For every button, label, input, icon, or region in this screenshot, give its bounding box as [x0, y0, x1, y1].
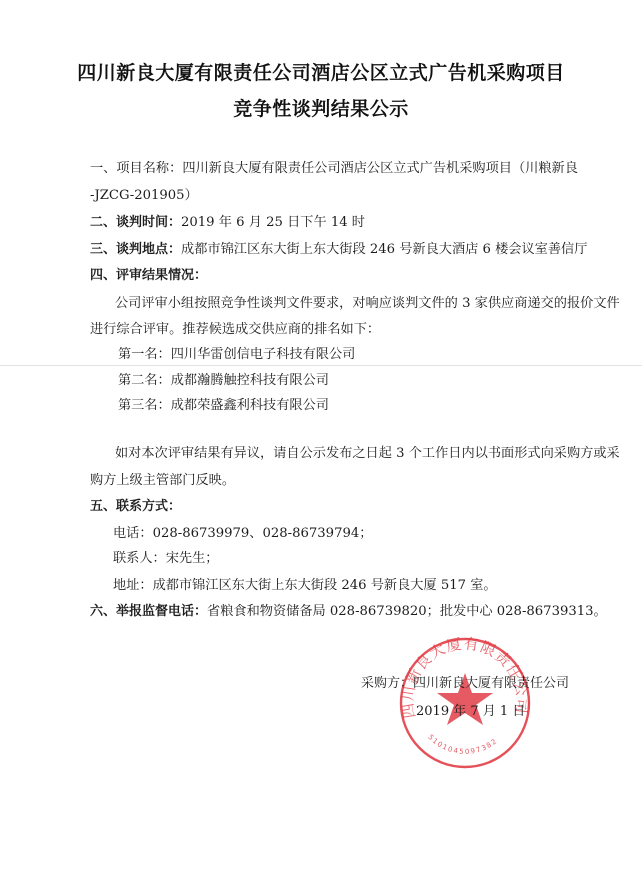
review-paragraph-line1: 公司评审小组按照竞争性谈判文件要求，对响应谈判文件的 3 家供应商递交的报价文件: [115, 292, 620, 311]
signature-date: 2019 年 7 月 1 日: [416, 700, 525, 719]
rank-label: 第一名：: [118, 347, 171, 362]
section-negotiation-place: 三、谈判地点：成都市锦江区东大街上东大街段 246 号新良大酒店 6 楼会议室善…: [90, 238, 587, 257]
contact-label: 五、联系方式：: [90, 495, 181, 514]
purchaser-signature: 采购方：四川新良大厦有限责任公司: [361, 672, 569, 691]
contact-address: 地址：成都市锦江区东大街上东大街段 246 号新良大厦 517 室。: [113, 574, 497, 593]
rank-label: 第二名：: [118, 373, 171, 388]
person-label: 联系人：: [113, 551, 166, 566]
supervision-value: 省粮食和物资储备局 028-86739820；批发中心 028-86739313…: [207, 604, 607, 619]
negotiation-place-value: 成都市锦江区东大街上东大街段 246 号新良大酒店 6 楼会议室善信厅: [181, 242, 587, 257]
rank-label: 第三名：: [118, 398, 171, 413]
supervision-label: 六、举报监督电话：: [90, 604, 207, 619]
address-value: 成都市锦江区东大街上东大街段 246 号新良大厦 517 室。: [153, 578, 497, 593]
contact-person: 联系人：宋先生；: [113, 547, 219, 566]
rank-company: 成都瀚腾触控科技有限公司: [171, 373, 329, 388]
phone-label: 电话：: [113, 526, 153, 541]
document-subtitle: 竞争性谈判结果公示: [0, 94, 642, 121]
ranking-item-2: 第二名：成都瀚腾触控科技有限公司: [118, 369, 329, 388]
purchaser-label: 采购方：: [361, 676, 413, 691]
rank-company: 成都荣盛鑫利科技有限公司: [171, 398, 329, 413]
svg-text:5101045097382: 5101045097382: [426, 733, 499, 756]
project-name-value-cont: -JZCG-201905）: [90, 184, 198, 203]
review-paragraph-line2: 进行综合评审。推荐候选成交供应商的排名如下：: [90, 318, 380, 337]
purchaser-name: 四川新良大厦有限责任公司: [413, 676, 569, 691]
document-title: 四川新良大厦有限责任公司酒店公区立式广告机采购项目: [0, 58, 642, 85]
rank-company: 四川华雷创信电子科技有限公司: [171, 347, 356, 362]
document-page: 四川新良大厦有限责任公司酒店公区立式广告机采购项目 竞争性谈判结果公示 一、项目…: [0, 0, 642, 887]
address-label: 地址：: [113, 578, 153, 593]
negotiation-place-label: 三、谈判地点：: [90, 242, 181, 257]
negotiation-time-value: 2019 年 6 月 25 日下午 14 时: [181, 215, 365, 230]
negotiation-time-label: 二、谈判时间：: [90, 215, 181, 230]
section-supervision: 六、举报监督电话：省粮食和物资储备局 028-86739820；批发中心 028…: [90, 600, 607, 619]
contact-phone: 电话：028-86739979、028-86739794；: [113, 522, 372, 541]
project-name-value: 四川新良大厦有限责任公司酒店公区立式广告机采购项目（川粮新良: [182, 161, 578, 176]
ranking-item-3: 第三名：成都荣盛鑫利科技有限公司: [118, 394, 329, 413]
review-result-label: 四、评审结果情况：: [90, 264, 207, 283]
phone-value: 028-86739979、028-86739794；: [153, 526, 373, 541]
scan-line-divider: [0, 365, 642, 366]
person-value: 宋先生；: [166, 551, 219, 566]
section-negotiation-time: 二、谈判时间：2019 年 6 月 25 日下午 14 时: [90, 211, 365, 230]
objection-line1: 如对本次评审结果有异议，请自公示发布之日起 3 个工作日内以书面形式向采购方或采: [115, 442, 620, 461]
section-project-name: 一、项目名称：四川新良大厦有限责任公司酒店公区立式广告机采购项目（川粮新良: [90, 157, 578, 176]
ranking-item-1: 第一名：四川华雷创信电子科技有限公司: [118, 343, 355, 362]
project-name-label: 一、项目名称：: [90, 161, 182, 176]
objection-line2: 购方上级主管部门反映。: [90, 469, 235, 488]
